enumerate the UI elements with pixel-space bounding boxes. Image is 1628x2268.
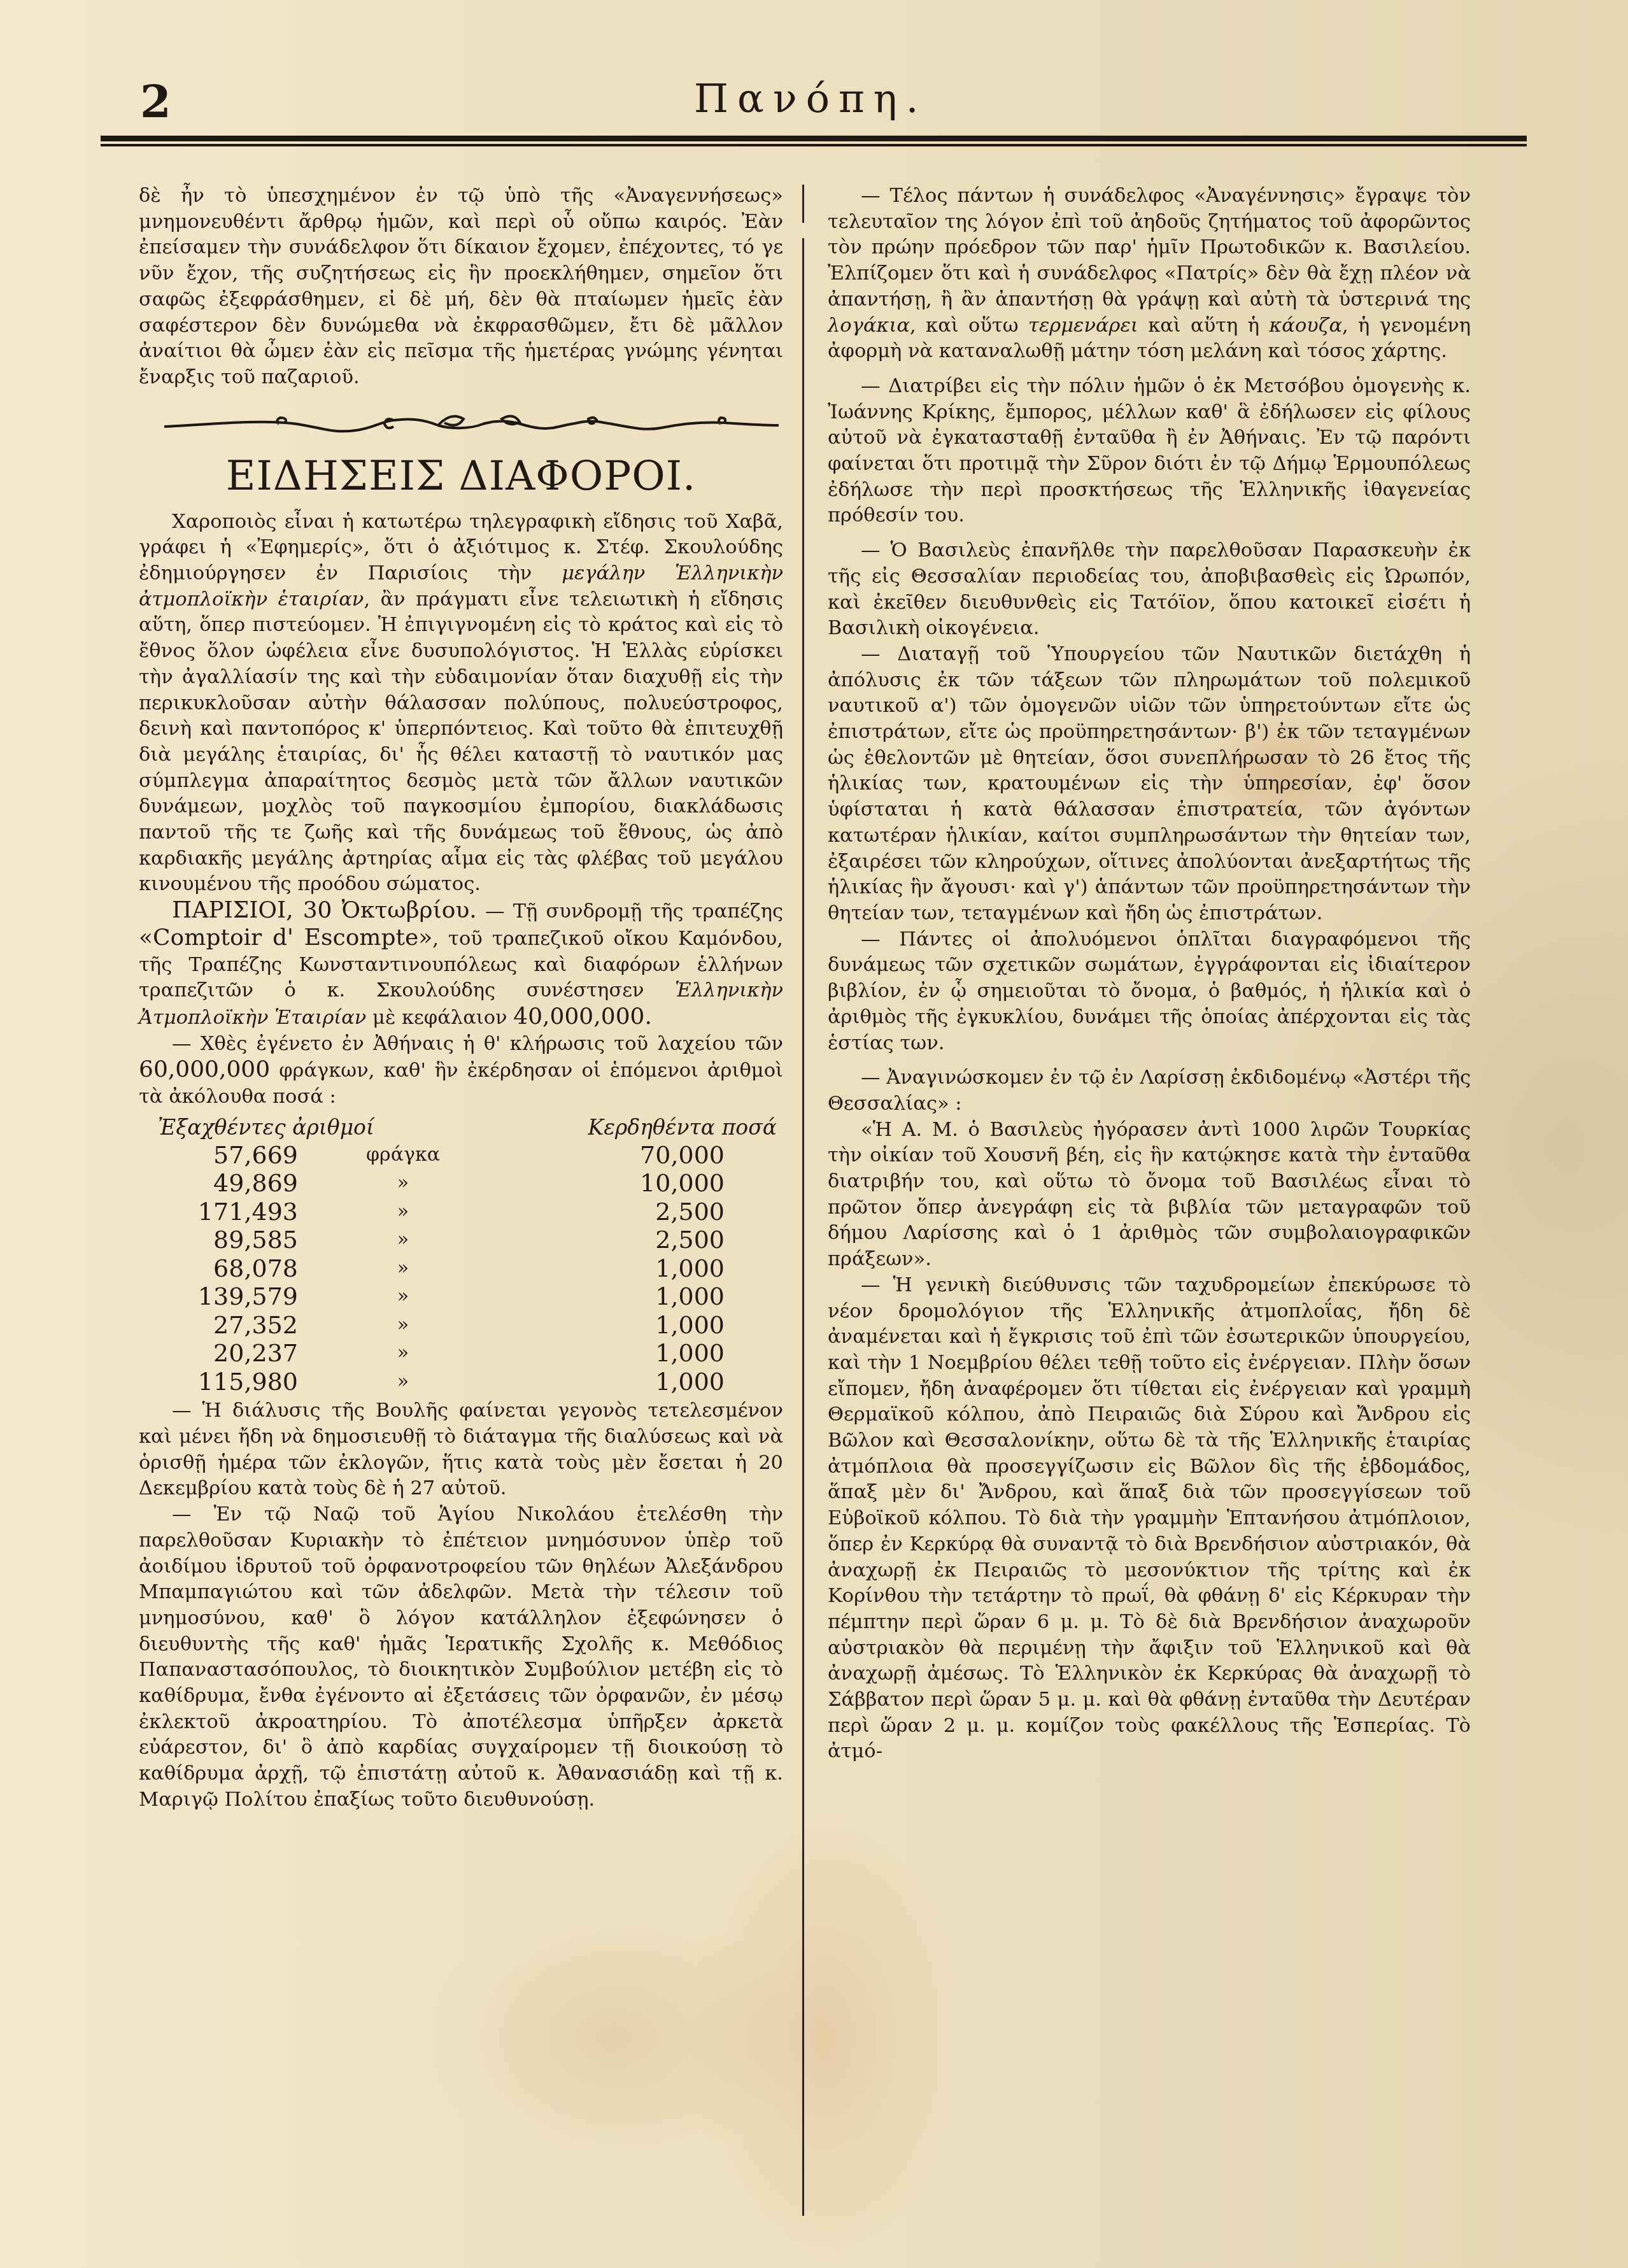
ornamental-divider-icon [139,395,783,444]
won-amount: 70,000 [508,1141,725,1170]
italic-text: λογάκια [828,315,910,337]
text-run: — Τῇ συνδρομῇ τῆς τραπέζης [477,900,783,923]
column-divider [802,185,804,2216]
ditto-mark: » [298,1311,508,1340]
page-number: 2 [140,75,171,128]
news-item-shipping-company: Χαροποιὸς εἶναι ἡ κατωτέρω τηλεγραφικὴ ε… [139,509,783,898]
text-run: μὲ κεφάλαιον [366,1007,513,1029]
italic-text: κάουζα [1269,315,1342,337]
table-row: 171,493»2,500 [139,1198,783,1226]
table-row: 89,585»2,500 [139,1226,783,1254]
lottery-results-table: Ἐξαχθέντες ἀριθμοί Κερδηθέντα ποσά 57,66… [139,1114,783,1396]
won-amount: 1,000 [508,1254,725,1283]
drawn-number: 57,669 [139,1141,298,1170]
text-run: καὶ αὕτη ἡ [1138,315,1270,337]
won-amount: 1,000 [508,1339,725,1368]
news-item-memorial-service: — Ἐν τῷ Ναῷ τοῦ Ἁγίου Νικολάου ἐτελέσθη … [139,1502,783,1813]
text-run: , καὶ οὕτω [910,315,1028,337]
header-won-amounts: Κερδηθέντα ποσά [588,1114,777,1141]
left-column: δὲ ἦν τὸ ὑπεσχημένον ἐν τῷ ὑπὸ τῆς «Ἀναγ… [139,183,783,1813]
won-amount: 10,000 [508,1169,725,1198]
drawn-number: 115,980 [139,1368,298,1396]
masthead-title: Πανόπη. [694,75,928,122]
table-row: 27,352»1,000 [139,1311,783,1340]
won-amount: 1,000 [508,1282,725,1311]
text-run: — Χθὲς ἐγένετο ἐν Ἀθήναις ἡ θ' κλήρωσις … [172,1033,783,1055]
ditto-mark: » [298,1169,508,1198]
table-row: 20,237»1,000 [139,1339,783,1368]
news-item-press-dispute: — Τέλος πάντων ἡ συνάδελφος «Ἀναγέννησις… [828,183,1471,365]
rule-thick [101,136,1527,141]
news-item-postal-schedule: — Ἡ γενικὴ διεύθυνσις τῶν ταχυδρομείων ἐ… [828,1273,1471,1765]
won-amount: 1,000 [508,1368,725,1396]
news-item-merchant: — Διατρίβει εἰς τὴν πόλιν ἡμῶν ὁ ἐκ Μετσ… [828,374,1471,529]
won-amount: 1,000 [508,1311,725,1340]
right-column: — Τέλος πάντων ἡ συνάδελφος «Ἀναγέννησις… [828,183,1471,1765]
italic-text: τερμενάρει [1028,315,1138,337]
news-item-lottery-intro: — Χθὲς ἐγένετο ἐν Ἀθήναις ἡ θ' κλήρωσις … [139,1031,783,1110]
table-row: 57,669φράγκα70,000 [139,1141,783,1170]
table-row: 139,579»1,000 [139,1282,783,1311]
news-item-king-return: — Ὁ Βασιλεὺς ἐπανῆλθε τὴν παρελθοῦσαν Πα… [828,538,1471,642]
table-row: 115,980»1,000 [139,1368,783,1396]
ditto-mark: » [298,1254,508,1283]
drawn-number: 89,585 [139,1226,298,1254]
drawn-number: 68,078 [139,1254,298,1283]
lottery-amount: 60,000,000 [139,1056,270,1082]
spacer [828,1056,1471,1065]
drawn-number: 171,493 [139,1198,298,1226]
capital-amount: 40,000,000. [513,1003,652,1030]
section-title: ΕΙΔΗΣΕΙΣ ΔΙΑΦΟΡΟΙ. [139,447,783,506]
dateline: ΠΑΡΙΣΙΟΙ, 30 Ὀκτωβρίου. [172,897,477,923]
spacer [828,365,1471,374]
news-item-paris-dispatch: ΠΑΡΙΣΙΟΙ, 30 Ὀκτωβρίου. — Τῇ συνδρομῇ τῆ… [139,898,783,1031]
rule-thin [101,144,1527,146]
text-run: — Τέλος πάντων ἡ συνάδελφος «Ἀναγέννησις… [828,185,1471,311]
spacer [828,529,1471,538]
text-run: , ἂν πράγματι εἶνε τελειωτικὴ ἡ εἴδησις … [139,588,783,896]
ditto-mark: » [298,1198,508,1226]
header-drawn-numbers: Ἐξαχθέντες ἀριθμοί [158,1114,374,1141]
ditto-mark: » [298,1282,508,1311]
ditto-mark: » [298,1368,508,1396]
news-item-larissa-quote: «Ἡ Α. Μ. ὁ Βασιλεὺς ἠγόρασεν ἀντὶ 1000 λ… [828,1117,1471,1273]
ditto-mark: » [298,1226,508,1254]
won-amount: 2,500 [508,1226,725,1254]
table-header: Ἐξαχθέντες ἀριθμοί Κερδηθέντα ποσά [139,1114,783,1141]
drawn-number: 139,579 [139,1282,298,1311]
currency-unit: φράγκα [298,1141,508,1170]
news-item-parliament-dissolution: — Ἡ διάλυσις τῆς Βουλῆς φαίνεται γεγονὸς… [139,1398,783,1502]
drawn-number: 27,352 [139,1311,298,1340]
won-amount: 2,500 [508,1198,725,1226]
table-row: 49,869»10,000 [139,1169,783,1198]
bank-name: «Comptoir d' Escompte» [139,925,432,951]
intro-paragraph: δὲ ἦν τὸ ὑπεσχημένον ἐν τῷ ὑπὸ τῆς «Ἀναγ… [139,183,783,391]
header-double-rule [101,136,1527,148]
column-divider-gap [801,223,806,238]
news-item-navy-order: — Διαταγῇ τοῦ Ὑπουργείου τῶν Ναυτικῶν δι… [828,642,1471,927]
news-item-soldiers-register: — Πάντες οἱ ἀπολυόμενοι ὁπλῖται διαγραφό… [828,927,1471,1057]
ditto-mark: » [298,1339,508,1368]
news-item-larissa-intro: — Ἀναγινώσκομεν ἐν τῷ ἐν Λαρίσσῃ ἐκδιδομ… [828,1065,1471,1117]
table-row: 68,078»1,000 [139,1254,783,1283]
drawn-number: 49,869 [139,1169,298,1198]
drawn-number: 20,237 [139,1339,298,1368]
